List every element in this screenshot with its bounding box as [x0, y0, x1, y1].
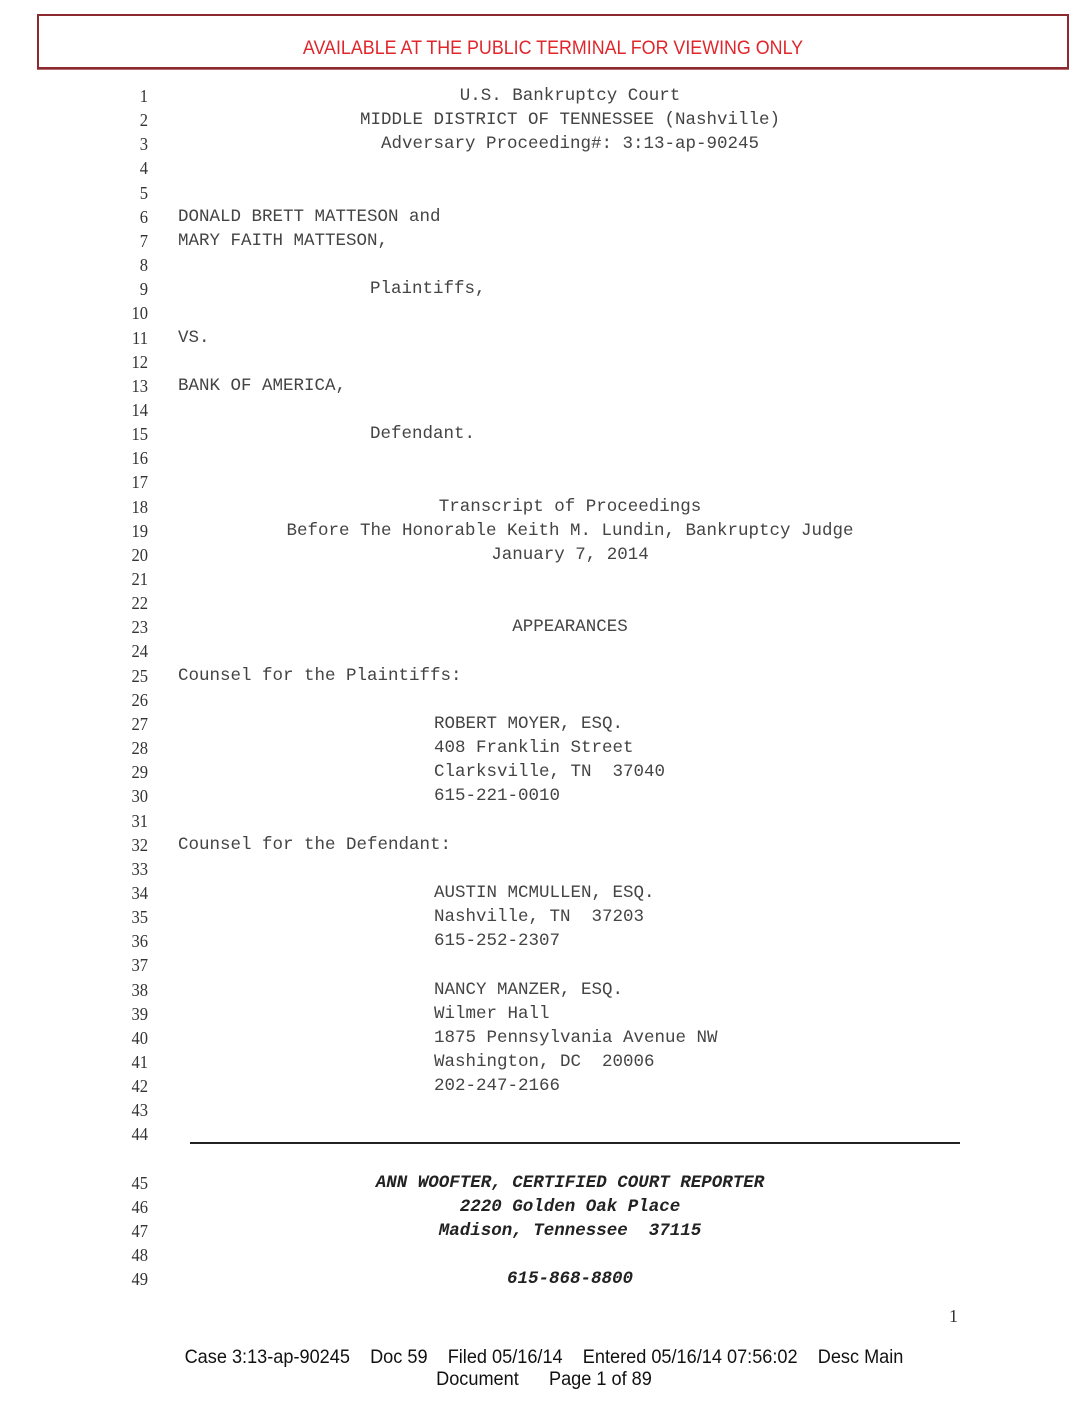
transcript-line: 18Transcript of Proceedings	[0, 497, 1088, 521]
reporter-text: 615-868-8800	[178, 1269, 962, 1289]
transcript-line: 39Wilmer Hall	[0, 1004, 1088, 1028]
line-text: Before The Honorable Keith M. Lundin, Ba…	[178, 521, 962, 541]
reporter-line: 45ANN WOOFTER, CERTIFIED COURT REPORTER	[0, 1173, 1088, 1197]
transcript-line: 6DONALD BRETT MATTESON and	[0, 207, 1088, 231]
line-text: Defendant.	[370, 424, 475, 444]
line-number: 46	[113, 1197, 148, 1218]
line-number: 1	[113, 86, 148, 107]
line-number: 30	[113, 786, 148, 807]
transcript-line: 10	[0, 303, 1088, 327]
transcript-line: 23APPEARANCES	[0, 617, 1088, 641]
transcript-line: 25Counsel for the Plaintiffs:	[0, 666, 1088, 690]
line-number: 22	[113, 593, 148, 614]
transcript-line: 41Washington, DC 20006	[0, 1052, 1088, 1076]
line-number: 24	[113, 641, 148, 662]
line-text: MARY FAITH MATTESON,	[178, 231, 388, 251]
case-footer-line1: Case 3:13-ap-90245 Doc 59 Filed 05/16/14…	[38, 1346, 1050, 1369]
line-number: 21	[113, 569, 148, 590]
line-number: 35	[113, 907, 148, 928]
line-number: 39	[113, 1004, 148, 1025]
line-number: 42	[113, 1076, 148, 1097]
reporter-text: 2220 Golden Oak Place	[178, 1197, 962, 1217]
transcript-line: 44	[0, 1124, 1088, 1148]
line-number: 12	[113, 352, 148, 373]
transcript-line: 2MIDDLE DISTRICT OF TENNESSEE (Nashville…	[0, 110, 1088, 134]
line-number: 44	[113, 1124, 148, 1145]
line-text: Transcript of Proceedings	[178, 497, 962, 517]
line-text: Counsel for the Plaintiffs:	[178, 666, 462, 686]
line-number: 49	[113, 1269, 148, 1290]
line-number: 14	[113, 400, 148, 421]
transcript-line: 31	[0, 811, 1088, 835]
line-number: 27	[113, 714, 148, 735]
transcript-line: 1U.S. Bankruptcy Court	[0, 86, 1088, 110]
line-text: 1875 Pennsylvania Avenue NW	[434, 1028, 718, 1048]
line-text: U.S. Bankruptcy Court	[178, 86, 962, 106]
transcript-line: 21	[0, 569, 1088, 593]
line-number: 28	[113, 738, 148, 759]
line-number: 13	[113, 376, 148, 397]
transcript-line: 20January 7, 2014	[0, 545, 1088, 569]
line-number: 34	[113, 883, 148, 904]
transcript-line: 15Defendant.	[0, 424, 1088, 448]
case-footer-line2: Document Page 1 of 89	[38, 1368, 1050, 1391]
transcript-line: 4	[0, 158, 1088, 182]
line-text: Nashville, TN 37203	[434, 907, 644, 927]
line-number: 7	[113, 231, 148, 252]
page-number: 1	[949, 1306, 958, 1327]
transcript-line: 19Before The Honorable Keith M. Lundin, …	[0, 521, 1088, 545]
transcript-line: 24	[0, 641, 1088, 665]
line-number: 18	[113, 497, 148, 518]
line-number: 4	[113, 158, 148, 179]
line-text: Washington, DC 20006	[434, 1052, 655, 1072]
line-number: 23	[113, 617, 148, 638]
reporter-line: 47Madison, Tennessee 37115	[0, 1221, 1088, 1245]
line-number: 15	[113, 424, 148, 445]
line-text: NANCY MANZER, ESQ.	[434, 980, 623, 1000]
transcript-line: 43	[0, 1100, 1088, 1124]
transcript-line: 42202-247-2166	[0, 1076, 1088, 1100]
line-text: Adversary Proceeding#: 3:13-ap-90245	[178, 134, 962, 154]
line-number: 45	[113, 1173, 148, 1194]
line-number: 8	[113, 255, 148, 276]
line-text: ROBERT MOYER, ESQ.	[434, 714, 623, 734]
line-text: 202-247-2166	[434, 1076, 560, 1096]
transcript-line: 33	[0, 859, 1088, 883]
line-text: Wilmer Hall	[434, 1004, 550, 1024]
line-text: 615-221-0010	[434, 786, 560, 806]
line-text: 408 Franklin Street	[434, 738, 634, 758]
line-number: 25	[113, 666, 148, 687]
line-text: DONALD BRETT MATTESON and	[178, 207, 441, 227]
line-number: 37	[113, 955, 148, 976]
transcript-line: 36615-252-2307	[0, 931, 1088, 955]
transcript-line: 12	[0, 352, 1088, 376]
reporter-line: 462220 Golden Oak Place	[0, 1197, 1088, 1221]
line-number: 16	[113, 448, 148, 469]
banner-text: AVAILABLE AT THE PUBLIC TERMINAL FOR VIE…	[70, 38, 1036, 60]
line-text: January 7, 2014	[178, 545, 962, 565]
transcript-line: 28408 Franklin Street	[0, 738, 1088, 762]
transcript-line: 16	[0, 448, 1088, 472]
transcript-line: 32Counsel for the Defendant:	[0, 835, 1088, 859]
line-number: 3	[113, 134, 148, 155]
line-text: AUSTIN MCMULLEN, ESQ.	[434, 883, 655, 903]
public-terminal-banner: AVAILABLE AT THE PUBLIC TERMINAL FOR VIE…	[37, 14, 1069, 69]
line-text: VS.	[178, 328, 210, 348]
line-number: 40	[113, 1028, 148, 1049]
line-text: Clarksville, TN 37040	[434, 762, 665, 782]
transcript-line: 35Nashville, TN 37203	[0, 907, 1088, 931]
line-number: 29	[113, 762, 148, 783]
line-number: 33	[113, 859, 148, 880]
line-number: 26	[113, 690, 148, 711]
transcript-line: 13BANK OF AMERICA,	[0, 376, 1088, 400]
transcript-line: 7MARY FAITH MATTESON,	[0, 231, 1088, 255]
line-number: 36	[113, 931, 148, 952]
line-number: 2	[113, 110, 148, 131]
divider-rule	[190, 1142, 960, 1144]
line-number: 17	[113, 472, 148, 493]
reporter-line: 49615-868-8800	[0, 1269, 1088, 1293]
line-text: 615-252-2307	[434, 931, 560, 951]
transcript-line: 14	[0, 400, 1088, 424]
transcript-line: 38NANCY MANZER, ESQ.	[0, 980, 1088, 1004]
line-number: 48	[113, 1245, 148, 1266]
line-text: APPEARANCES	[178, 617, 962, 637]
line-number: 43	[113, 1100, 148, 1121]
line-number: 19	[113, 521, 148, 542]
line-text: Plaintiffs,	[370, 279, 486, 299]
line-number: 41	[113, 1052, 148, 1073]
line-number: 47	[113, 1221, 148, 1242]
line-number: 31	[113, 811, 148, 832]
line-number: 10	[113, 303, 148, 324]
reporter-text: ANN WOOFTER, CERTIFIED COURT REPORTER	[178, 1173, 962, 1193]
line-text: BANK OF AMERICA,	[178, 376, 346, 396]
transcript-line: 8	[0, 255, 1088, 279]
transcript-line: 34AUSTIN MCMULLEN, ESQ.	[0, 883, 1088, 907]
line-number: 9	[113, 279, 148, 300]
transcript-line: 3Adversary Proceeding#: 3:13-ap-90245	[0, 134, 1088, 158]
transcript-line: 26	[0, 690, 1088, 714]
transcript-line: 5	[0, 183, 1088, 207]
line-number: 6	[113, 207, 148, 228]
transcript-line: 30615-221-0010	[0, 786, 1088, 810]
line-text: MIDDLE DISTRICT OF TENNESSEE (Nashville)	[178, 110, 962, 130]
reporter-line: 48	[0, 1245, 1088, 1269]
transcript-line: 11VS.	[0, 328, 1088, 352]
transcript-line: 27ROBERT MOYER, ESQ.	[0, 714, 1088, 738]
reporter-text: Madison, Tennessee 37115	[178, 1221, 962, 1241]
transcript-line: 17	[0, 472, 1088, 496]
line-number: 38	[113, 980, 148, 1001]
line-number: 32	[113, 835, 148, 856]
line-number: 20	[113, 545, 148, 566]
line-number: 5	[113, 183, 148, 204]
line-text: Counsel for the Defendant:	[178, 835, 451, 855]
transcript-line: 37	[0, 955, 1088, 979]
transcript-line: 9Plaintiffs,	[0, 279, 1088, 303]
line-number: 11	[113, 328, 148, 349]
transcript-line: 22	[0, 593, 1088, 617]
transcript-line: 29Clarksville, TN 37040	[0, 762, 1088, 786]
transcript-line: 401875 Pennsylvania Avenue NW	[0, 1028, 1088, 1052]
